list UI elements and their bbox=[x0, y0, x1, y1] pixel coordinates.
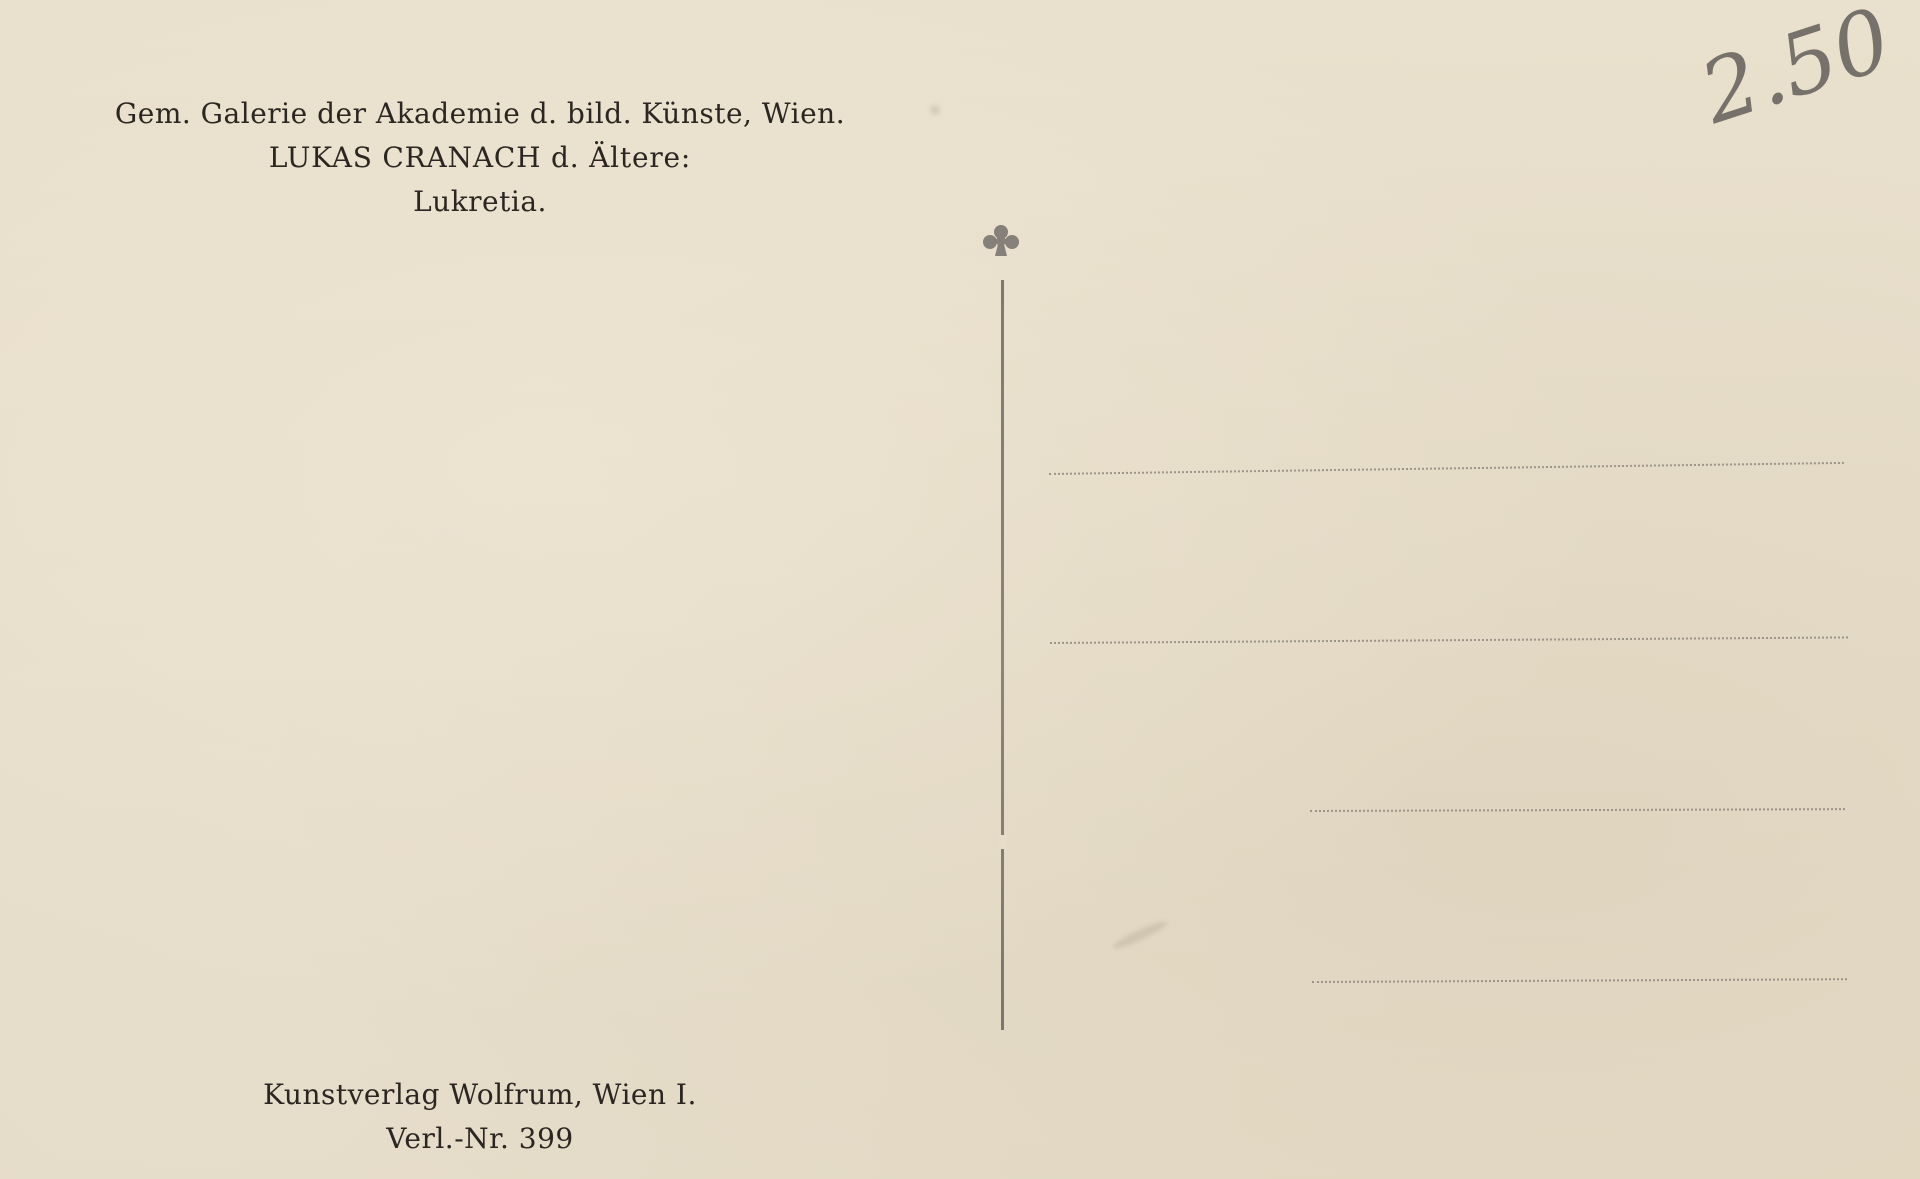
artist-name: LUKAS CRANACH d. Ältere: bbox=[60, 136, 900, 180]
publisher-name: Kunstverlag Wolfrum, Wien I. bbox=[60, 1073, 900, 1117]
artwork-title: Lukretia. bbox=[60, 180, 900, 224]
club-icon bbox=[978, 220, 1024, 266]
gallery-name: Gem. Galerie der Akademie d. bild. Künst… bbox=[60, 92, 900, 136]
publisher-caption: Kunstverlag Wolfrum, Wien I. Verl.-Nr. 3… bbox=[60, 1073, 900, 1161]
publisher-number: Verl.-Nr. 399 bbox=[60, 1117, 900, 1161]
divider-gap bbox=[998, 835, 1007, 849]
stamp-address-divider-line bbox=[1001, 280, 1004, 1030]
paper-smudge bbox=[930, 105, 940, 115]
artwork-caption: Gem. Galerie der Akademie d. bild. Künst… bbox=[60, 92, 900, 224]
